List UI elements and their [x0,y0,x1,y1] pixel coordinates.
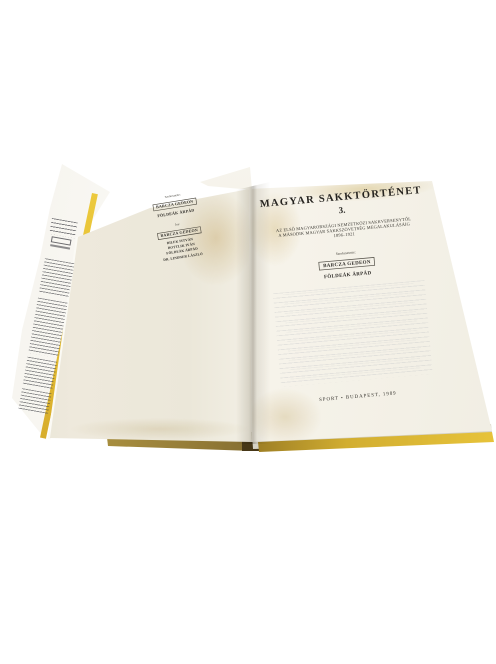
jacket-flap-header [47,218,77,250]
written-by-text: Írta: [175,223,180,227]
editor-label-text: Szerkesztette: [336,251,356,257]
title-page-content: MAGYAR SAKKTÖRTÉNET 3. AZ ELSŐ MAGYARORS… [238,174,460,408]
editor-name-text: FÖLDEÁK ÁRPÁD [324,269,372,279]
credits-block: Szerkesztette: BARCZA GEDEON FÖLDEÁK ÁRP… [136,187,220,265]
flap-paragraph [39,258,75,299]
flap-paragraph [18,388,51,415]
paper-foxing [70,418,250,440]
subtitle-line-text: 1896–1921 [333,231,355,238]
bleed-through-text [273,280,433,387]
flap-header-lines [49,218,77,238]
book-photo: Szerkesztette: BARCZA GEDEON FÖLDEÁK ÁRP… [0,0,496,664]
flap-paragraph [23,357,57,390]
